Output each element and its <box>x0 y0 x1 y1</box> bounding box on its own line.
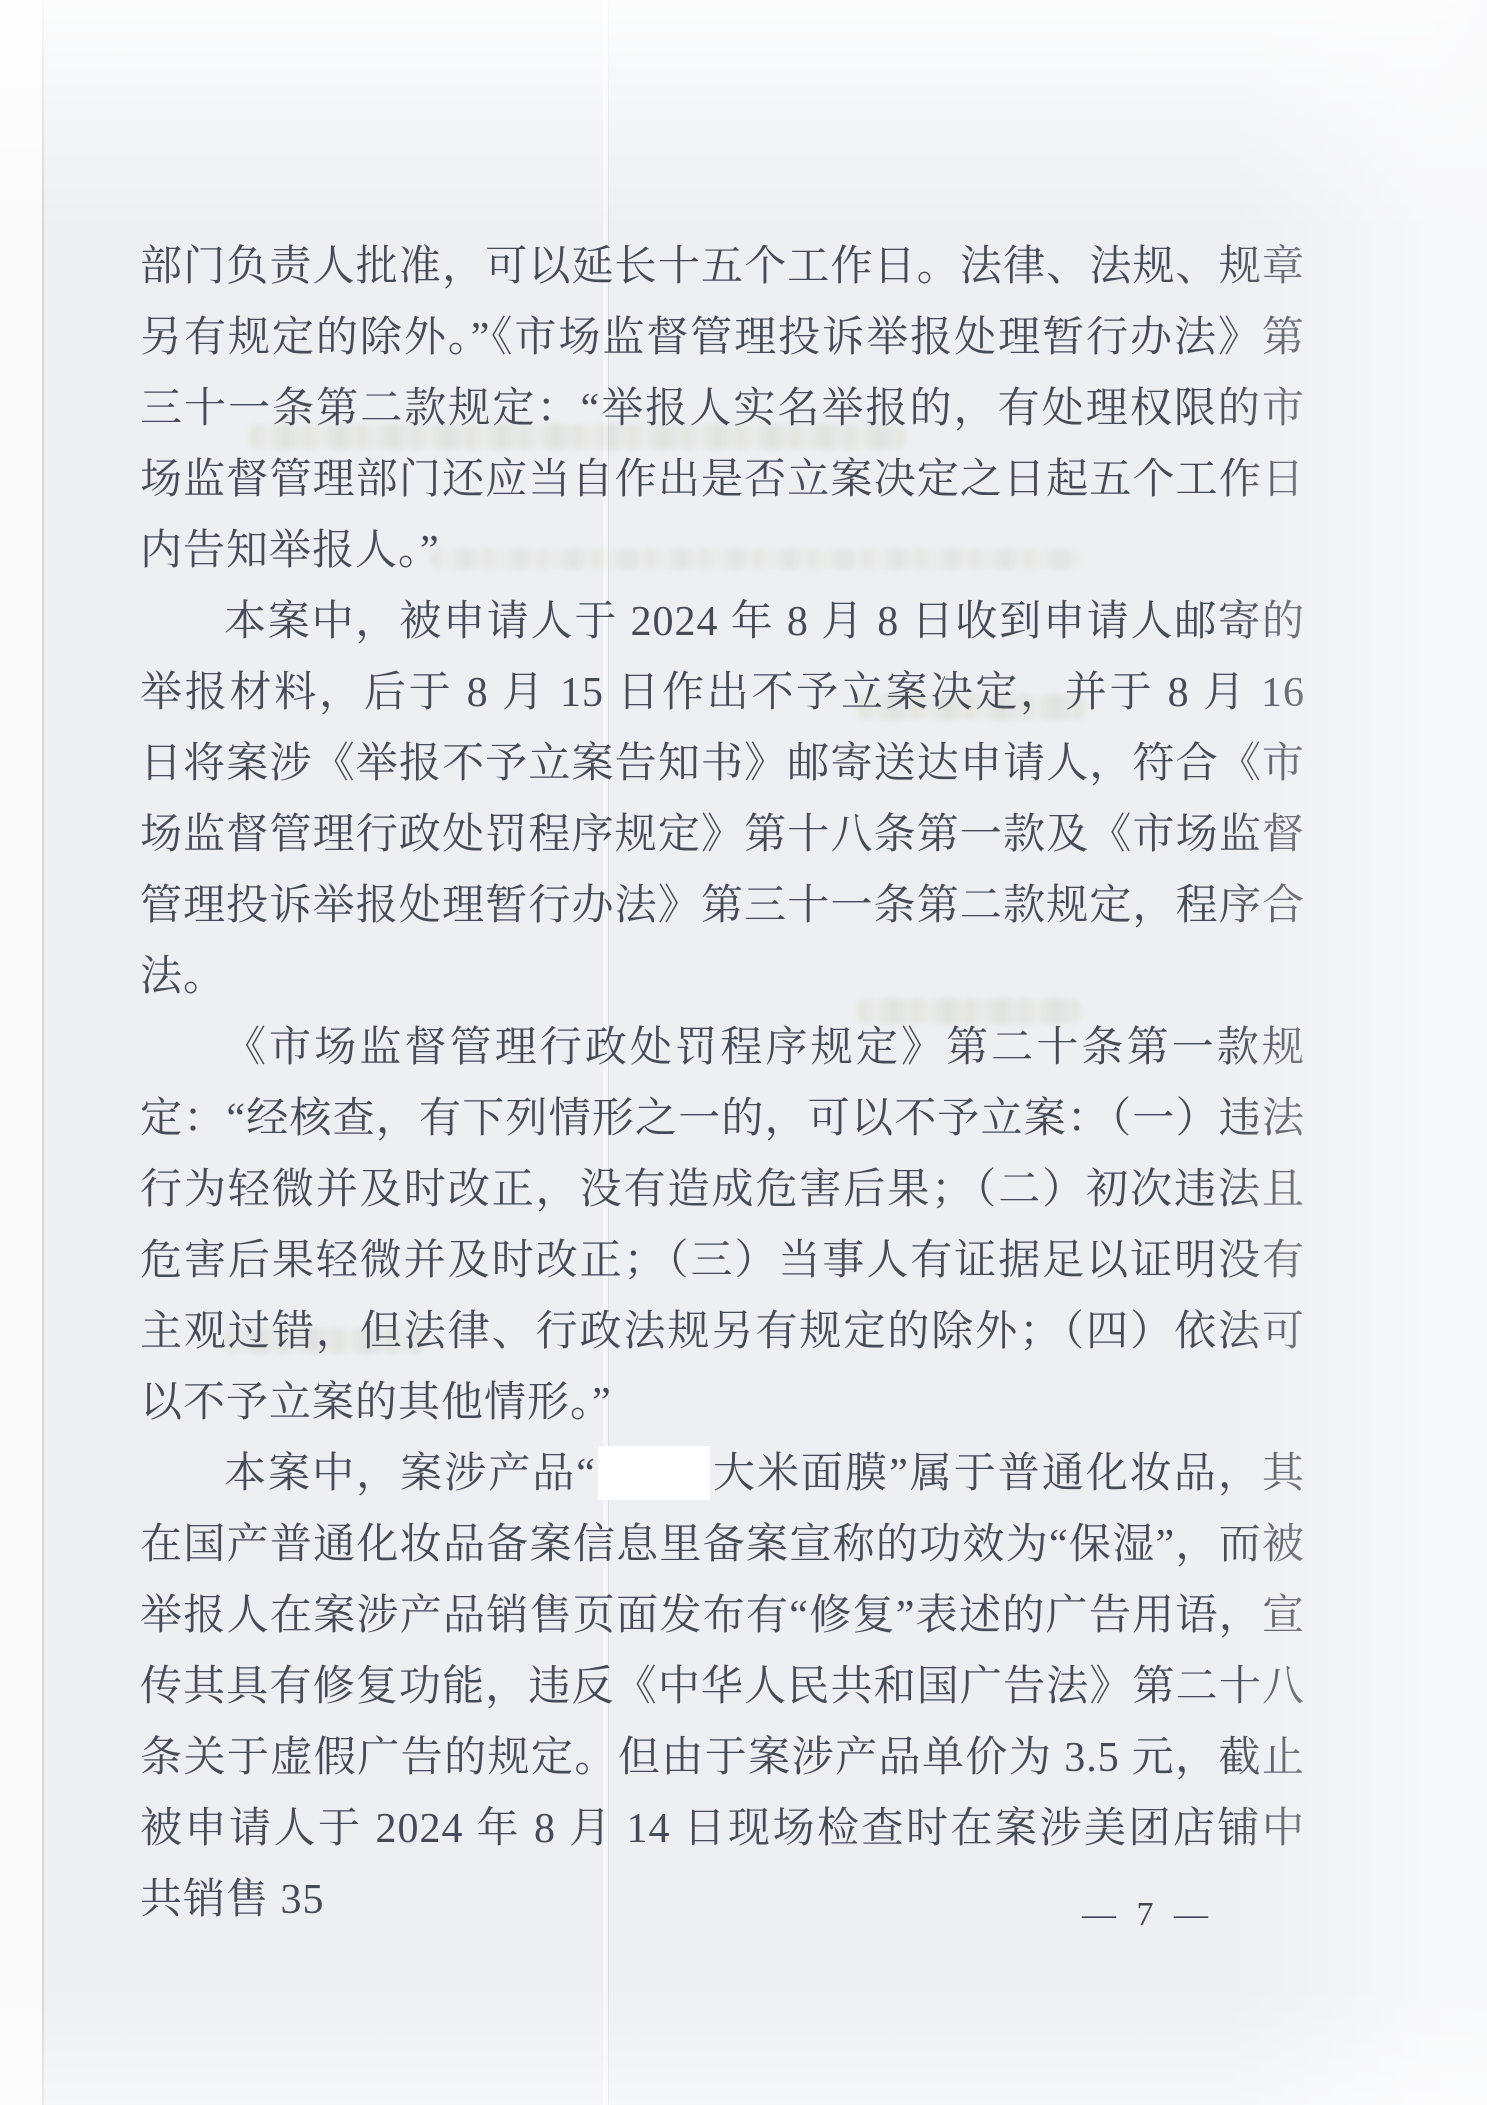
paragraph-text: 大米面膜”属于普通化妆品，其在国产普通化妆品备案信息里备案宣称的功效为“保湿”，… <box>140 1451 1305 1923</box>
paragraph: 部门负责人批准，可以延长十五个工作日。法律、法规、规章另有规定的除外。”《市场监… <box>140 232 1305 587</box>
paragraph-text: 本案中，被申请人于 2024 年 8 月 8 日收到申请人邮寄的举报材料，后于 … <box>140 599 1305 1000</box>
document-body: 部门负责人批准，可以延长十五个工作日。法律、法规、规章另有规定的除外。”《市场监… <box>140 232 1305 1936</box>
paragraph-text: 《市场监督管理行政处罚程序规定》第二十条第一款规定：“经核查，有下列情形之一的，… <box>140 1025 1305 1426</box>
paragraph: 《市场监督管理行政处罚程序规定》第二十条第一款规定：“经核查，有下列情形之一的，… <box>140 1013 1305 1439</box>
paragraph: 本案中，案涉产品“大米面膜”属于普通化妆品，其在国产普通化妆品备案信息里备案宣称… <box>140 1439 1305 1936</box>
page-number: — 7 — <box>1082 1896 1222 1934</box>
redaction-block <box>598 1446 710 1500</box>
paragraph-text: 部门负责人批准，可以延长十五个工作日。法律、法规、规章另有规定的除外。”《市场监… <box>140 244 1305 574</box>
page-edge-line <box>42 0 44 2105</box>
scan-light-gradient-top <box>0 0 1487 230</box>
paragraph: 本案中，被申请人于 2024 年 8 月 8 日收到申请人邮寄的举报材料，后于 … <box>140 587 1305 1013</box>
paragraph-text: 本案中，案涉产品“ <box>224 1451 596 1497</box>
scanner-background-strip <box>0 0 42 2105</box>
scanned-document-page: 部门负责人批准，可以延长十五个工作日。法律、法规、规章另有规定的除外。”《市场监… <box>0 0 1487 2105</box>
scan-light-gradient-bottom <box>0 1985 1487 2105</box>
